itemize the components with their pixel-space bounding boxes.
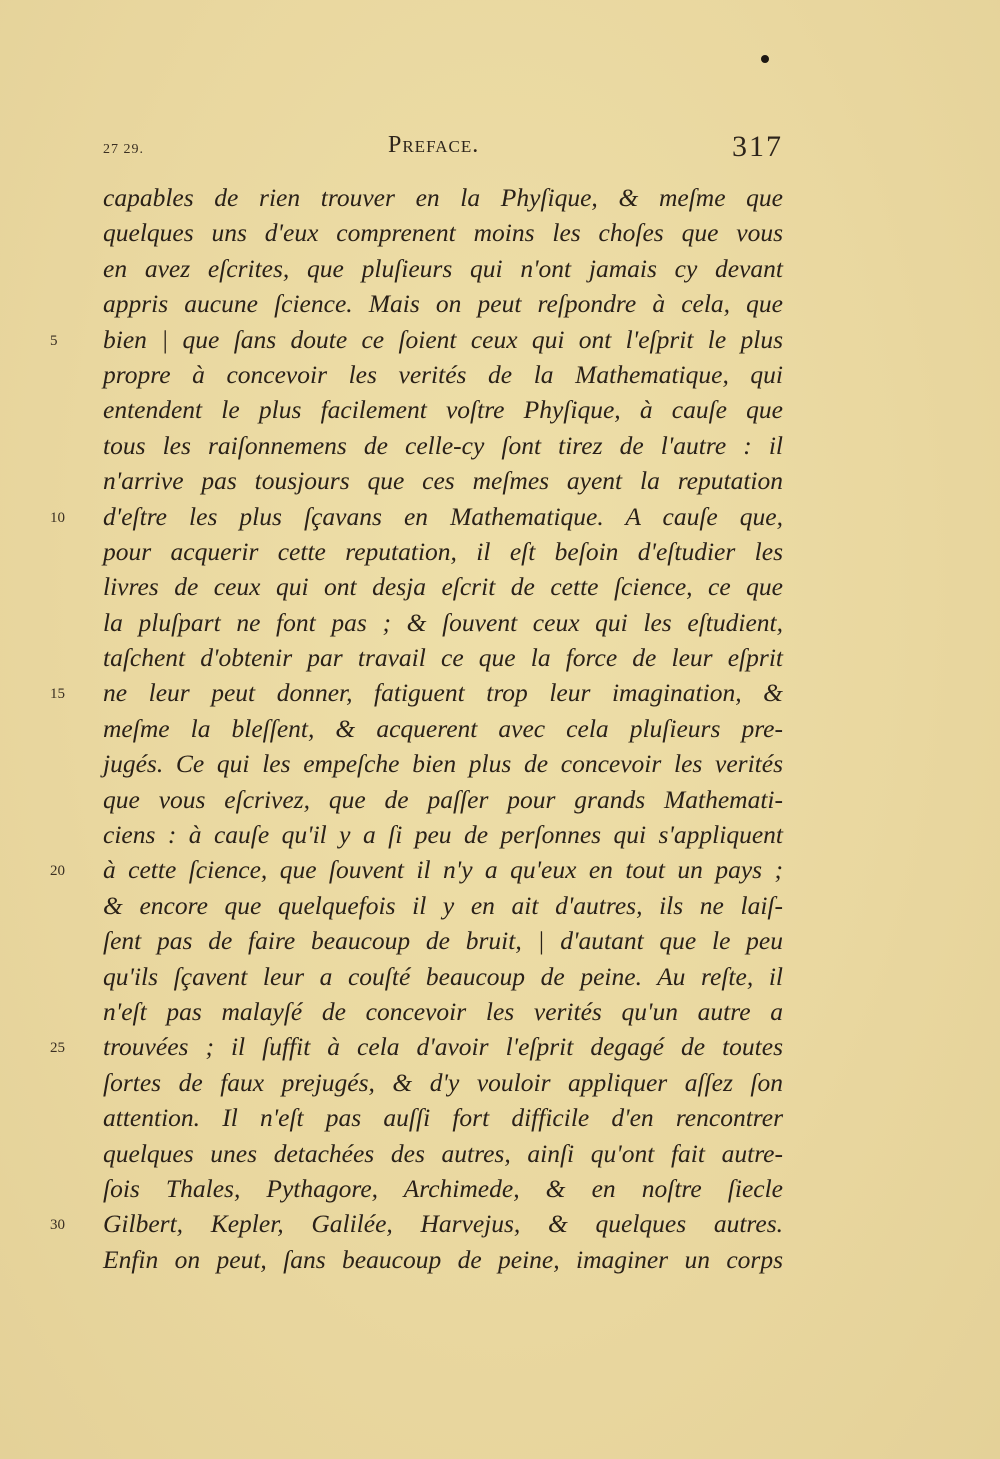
line-text: livres de ceux qui ont desja eſcrit de c… [103,569,783,604]
text-line: 25trouvées ; il ſuffit à cela d'avoir l'… [0,1029,1000,1064]
text-line: livres de ceux qui ont desja eſcrit de c… [0,569,1000,604]
text-line: 5bien | que ſans doute ce ſoient ceux qu… [0,322,1000,357]
text-line: tous les raiſonnemens de celle-cy ſont t… [0,428,1000,463]
text-line: meſme la bleſſent, & acquerent avec cela… [0,711,1000,746]
section-reference: 27 29. [103,142,144,158]
line-text: n'eſt pas malayſé de concevoir les verit… [103,994,783,1029]
line-text: la pluſpart ne font pas ; & ſouvent ceux… [103,605,783,640]
line-text: quelques unes detachées des autres, ainſ… [103,1136,783,1171]
line-number: 5 [50,324,80,359]
line-text: à cette ſcience, que ſouvent il n'y a qu… [103,852,783,887]
line-text: bien | que ſans doute ce ſoient ceux qui… [103,322,783,357]
line-text: ſois Thales, Pythagore, Archimede, & en … [103,1171,783,1206]
line-text: Enfin on peut, ſans beaucoup de peine, i… [103,1242,783,1277]
text-line: attention. Il n'eſt pas auſſi fort diffi… [0,1100,1000,1135]
running-header: 27 29. Preface. 317 [103,130,783,170]
line-text: Gilbert, Kepler, Galilée, Harvejus, & qu… [103,1206,783,1241]
line-text: d'eſtre les plus ſçavans en Mathematique… [103,499,783,534]
text-line: 30Gilbert, Kepler, Galilée, Harvejus, & … [0,1206,1000,1241]
line-text: quelques uns d'eux comprenent moins les … [103,215,783,250]
line-text: ne leur peut donner, fatiguent trop leur… [103,675,783,710]
text-line: en avez eſcrites, que pluſieurs qui n'on… [0,251,1000,286]
line-text: ſent pas de faire beaucoup de bruit, | d… [103,923,783,958]
line-number: 30 [50,1208,80,1243]
text-line: n'eſt pas malayſé de concevoir les verit… [0,994,1000,1029]
text-line: quelques unes detachées des autres, ainſ… [0,1136,1000,1171]
text-line: ſortes de faux prejugés, & d'y vouloir a… [0,1065,1000,1100]
text-line: 15ne leur peut donner, fatiguent trop le… [0,675,1000,710]
line-text: pour acquerir cette reputation, il eſt b… [103,534,783,569]
line-text: taſchent d'obtenir par travail ce que la… [103,640,783,675]
line-text: en avez eſcrites, que pluſieurs qui n'on… [103,251,783,286]
text-line: qu'ils ſçavent leur a couſté beaucoup de… [0,959,1000,994]
text-line: ciens : à cauſe qu'il y a ſi peu de perſ… [0,817,1000,852]
text-line: pour acquerir cette reputation, il eſt b… [0,534,1000,569]
text-line: entendent le plus facilement voſtre Phyſ… [0,392,1000,427]
text-line: que vous eſcrivez, que de paſſer pour gr… [0,782,1000,817]
page-title: Preface. [388,132,479,159]
line-text: trouvées ; il ſuffit à cela d'avoir l'eſ… [103,1029,783,1064]
line-text: n'arrive pas tousjours que ces meſmes ay… [103,463,783,498]
text-line: appris aucune ſcience. Mais on peut reſp… [0,286,1000,321]
line-number: 10 [50,501,80,536]
text-line: la pluſpart ne font pas ; & ſouvent ceux… [0,605,1000,640]
text-line: 10d'eſtre les plus ſçavans en Mathematiq… [0,499,1000,534]
line-text: entendent le plus facilement voſtre Phyſ… [103,392,783,427]
text-line: & encore que quelquefois il y en ait d'a… [0,888,1000,923]
text-line: ſois Thales, Pythagore, Archimede, & en … [0,1171,1000,1206]
text-line: taſchent d'obtenir par travail ce que la… [0,640,1000,675]
text-line: 20à cette ſcience, que ſouvent il n'y a … [0,852,1000,887]
line-text: ciens : à cauſe qu'il y a ſi peu de perſ… [103,817,783,852]
line-text: & encore que quelquefois il y en ait d'a… [103,888,783,923]
page-number: 317 [732,130,783,164]
line-text: ſortes de faux prejugés, & d'y vouloir a… [103,1065,783,1100]
line-text: tous les raiſonnemens de celle-cy ſont t… [103,428,783,463]
text-line: n'arrive pas tousjours que ces meſmes ay… [0,463,1000,498]
line-text: meſme la bleſſent, & acquerent avec cela… [103,711,783,746]
text-line: jugés. Ce qui les empeſche bien plus de … [0,746,1000,781]
ink-dot [761,55,769,63]
text-line: propre à concevoir les verités de la Mat… [0,357,1000,392]
text-line: capables de rien trouver en la Phyſique,… [0,180,1000,215]
line-text: propre à concevoir les verités de la Mat… [103,357,783,392]
line-text: qu'ils ſçavent leur a couſté beaucoup de… [103,959,783,994]
text-line: Enfin on peut, ſans beaucoup de peine, i… [0,1242,1000,1277]
body-text: capables de rien trouver en la Phyſique,… [0,180,1000,1277]
line-number: 15 [50,677,80,712]
text-line: ſent pas de faire beaucoup de bruit, | d… [0,923,1000,958]
text-line: quelques uns d'eux comprenent moins les … [0,215,1000,250]
line-text: attention. Il n'eſt pas auſſi fort diffi… [103,1100,783,1135]
line-text: que vous eſcrivez, que de paſſer pour gr… [103,782,783,817]
line-text: jugés. Ce qui les empeſche bien plus de … [103,746,783,781]
line-text: capables de rien trouver en la Phyſique,… [103,180,783,215]
line-text: appris aucune ſcience. Mais on peut reſp… [103,286,783,321]
line-number: 20 [50,854,80,889]
line-number: 25 [50,1031,80,1066]
